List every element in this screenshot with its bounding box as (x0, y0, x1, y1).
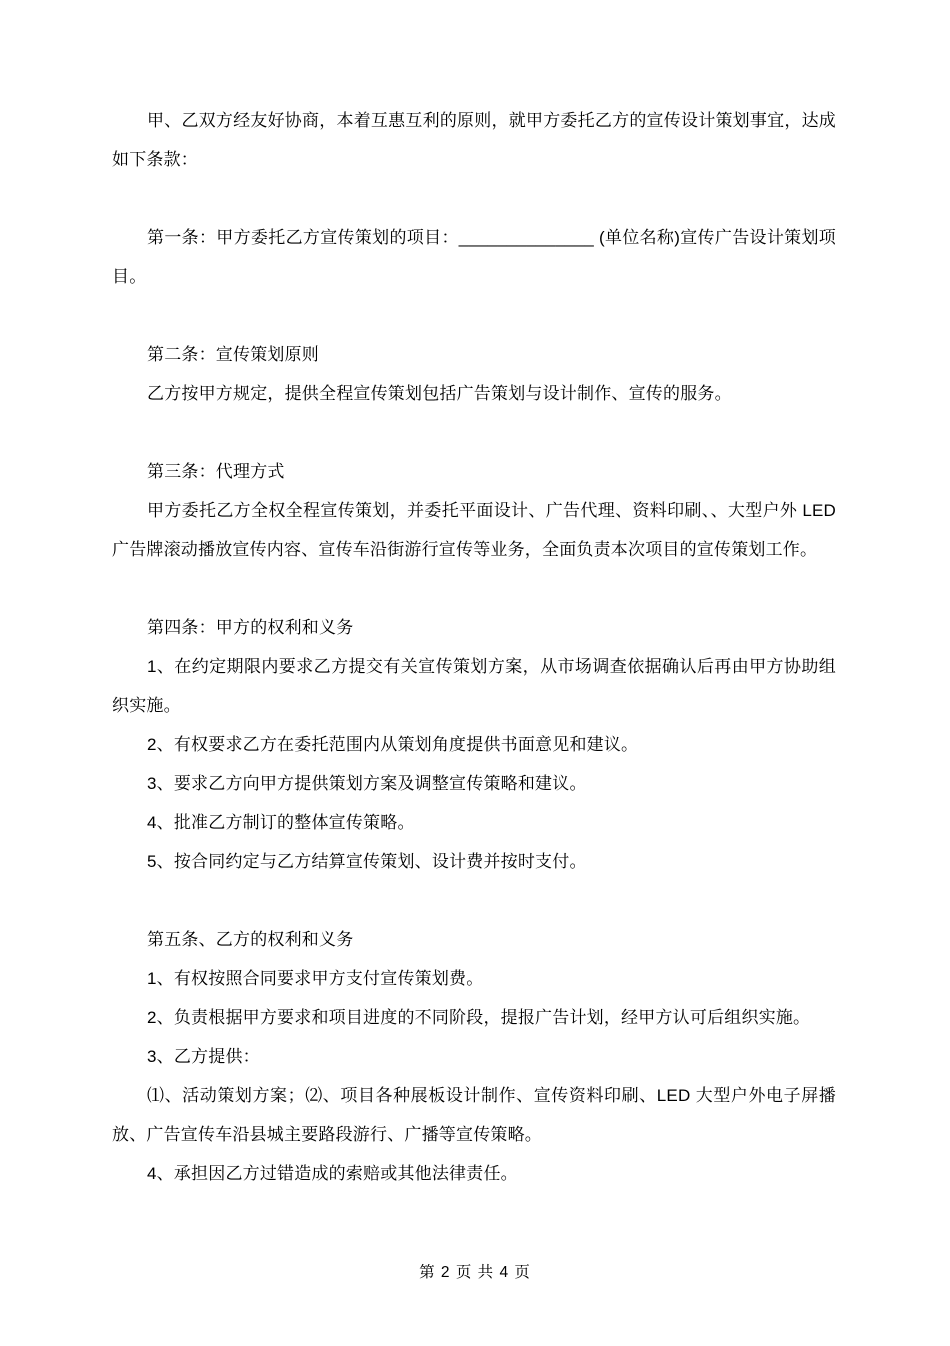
paragraph: 第三条：代理方式 (112, 452, 836, 491)
blank-line (112, 413, 836, 452)
paragraph: 甲、乙双方经友好协商，本着互惠互利的原则，就甲方委托乙方的宣传设计策划事宜，达成… (112, 101, 836, 179)
paragraph: 3、要求乙方向甲方提供策划方案及调整宣传策略和建议。 (112, 764, 836, 803)
blank-line (112, 569, 836, 608)
paragraph: 第一条：甲方委托乙方宣传策划的项目：______________ (单位名称)宣… (112, 218, 836, 296)
paragraph: 3、乙方提供： (112, 1037, 836, 1076)
paragraph: 4、承担因乙方过错造成的索赔或其他法律责任。 (112, 1154, 836, 1193)
paragraph: 1、有权按照合同要求甲方支付宣传策划费。 (112, 959, 836, 998)
page-number: 第 2 页 共 4 页 (419, 1264, 531, 1281)
paragraph: 乙方按甲方规定，提供全程宣传策划包括广告策划与设计制作、宣传的服务。 (112, 374, 836, 413)
page-footer: 第 2 页 共 4 页 (0, 1263, 950, 1283)
paragraph: 1、在约定期限内要求乙方提交有关宣传策划方案，从市场调查依据确认后再由甲方协助组… (112, 647, 836, 725)
paragraph: 2、有权要求乙方在委托范围内从策划角度提供书面意见和建议。 (112, 725, 836, 764)
document-page: 甲、乙双方经友好协商，本着互惠互利的原则，就甲方委托乙方的宣传设计策划事宜，达成… (0, 0, 950, 1346)
blank-line (112, 881, 836, 920)
paragraph: 第四条：甲方的权利和义务 (112, 608, 836, 647)
paragraph: 5、按合同约定与乙方结算宣传策划、设计费并按时支付。 (112, 842, 836, 881)
document-body: 甲、乙双方经友好协商，本着互惠互利的原则，就甲方委托乙方的宣传设计策划事宜，达成… (112, 101, 836, 1193)
paragraph: 第五条、乙方的权利和义务 (112, 920, 836, 959)
paragraph: 第二条：宣传策划原则 (112, 335, 836, 374)
blank-line (112, 179, 836, 218)
paragraph: 2、负责根据甲方要求和项目进度的不同阶段，提报广告计划，经甲方认可后组织实施。 (112, 998, 836, 1037)
paragraph: 4、批准乙方制订的整体宣传策略。 (112, 803, 836, 842)
blank-line (112, 296, 836, 335)
paragraph: 甲方委托乙方全权全程宣传策划，并委托平面设计、广告代理、资料印刷、、大型户外 L… (112, 491, 836, 569)
paragraph: ⑴、活动策划方案；⑵、项目各种展板设计制作、宣传资料印刷、LED 大型户外电子屏… (112, 1076, 836, 1154)
